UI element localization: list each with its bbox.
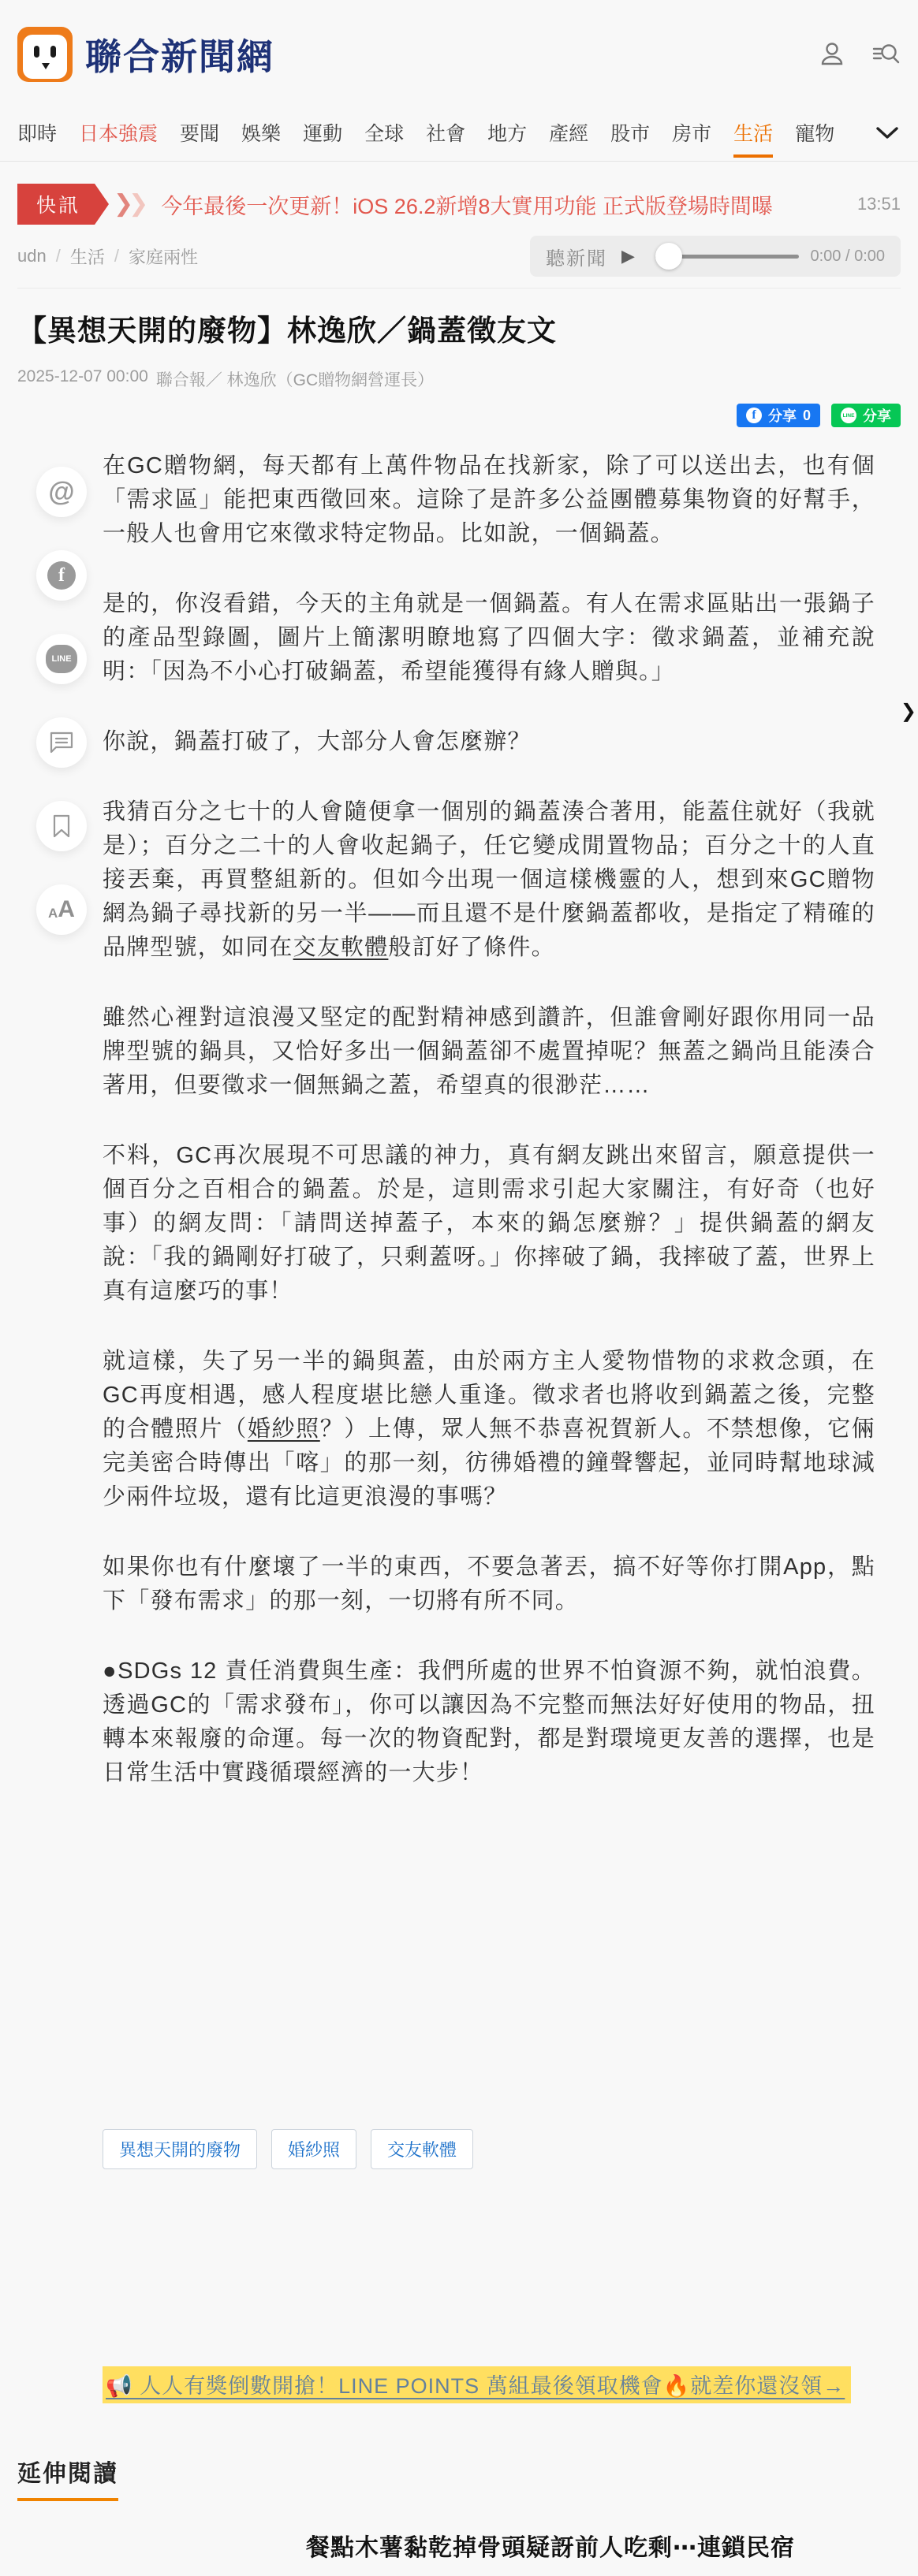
nav-item-entertainment[interactable]: 娛樂 <box>241 118 281 147</box>
page-title: 【異想天開的廢物】林逸欣／鍋蓋徵友文 <box>17 312 901 350</box>
facebook-icon: f <box>746 408 762 423</box>
author-source-link[interactable]: 聯合報／ 林逸欣（GC贈物網營運長） <box>156 367 434 391</box>
paragraph: 如果你也有什麼壞了一半的東西，不要急著丟，搞不好等你打開App，點下「發布需求」… <box>103 1550 875 1618</box>
publish-date: 2025-12-07 00:00 <box>17 367 148 391</box>
comments-button[interactable] <box>36 717 87 768</box>
facebook-icon: f <box>47 561 76 590</box>
page: 聯合新聞網 即時 日本強震 要聞 娛樂 運動 全球 社會 地 <box>0 0 918 2576</box>
paragraph-text: 如果你也有什麼壞了一半的東西，不要急著丟，搞不好等你打開App，點下「發布需求」… <box>103 1554 875 1614</box>
threads-icon: @ <box>48 477 74 508</box>
paragraph: 雖然心裡對這浪漫又堅定的配對精神感到讚許，但誰會剛好跟你用同一品牌型號的鍋具，又… <box>103 1001 875 1103</box>
account-icon[interactable] <box>817 39 847 69</box>
breadcrumb-separator: / <box>114 246 119 266</box>
paragraph: 你說，鍋蓋打破了，大部分人會怎麼辦？ <box>103 725 875 759</box>
audio-player: 聽新聞 ▶ 0:00 / 0:00 <box>530 236 901 277</box>
breadcrumb-family[interactable]: 家庭兩性 <box>129 244 198 269</box>
nav-item-stocks[interactable]: 股市 <box>610 118 650 147</box>
line-share-circle[interactable]: LINE <box>36 634 87 684</box>
dating-app-link[interactable]: 交友軟體 <box>293 935 389 960</box>
bookmark-icon <box>51 813 72 839</box>
facebook-share-circle[interactable]: f <box>36 550 87 601</box>
nav-item-japan-quake[interactable]: 日本強震 <box>79 118 158 147</box>
line-share-button[interactable]: LINE 分享 <box>831 404 901 427</box>
line-share-label: 分享 <box>863 405 891 426</box>
tag-dating-app[interactable]: 交友軟體 <box>371 2129 473 2169</box>
nav-item-instant[interactable]: 即時 <box>17 118 57 147</box>
chevron-down-icon[interactable] <box>874 123 901 142</box>
slider-knob[interactable] <box>655 243 682 270</box>
breadcrumb-udn[interactable]: udn <box>17 246 47 266</box>
paragraph-text: 般訂好了條件。 <box>388 935 554 960</box>
tag-whimsical-waste[interactable]: 異想天開的廢物 <box>103 2129 257 2169</box>
byline: 2025-12-07 00:00 聯合報／ 林逸欣（GC贈物網營運長） <box>17 367 901 391</box>
nav-item-housing[interactable]: 房市 <box>672 118 711 147</box>
nav-item-business[interactable]: 產經 <box>549 118 588 147</box>
tag-wedding-photo[interactable]: 婚紗照 <box>271 2129 356 2169</box>
facebook-share-count: 0 <box>803 408 811 424</box>
social-sidebar: @ f LINE AA <box>17 449 103 2403</box>
site-header: 聯合新聞網 <box>17 0 901 82</box>
nav-item-local[interactable]: 地方 <box>487 118 527 147</box>
listen-news-label: 聽新聞 <box>546 243 607 270</box>
nav-item-headlines[interactable]: 要聞 <box>180 118 219 147</box>
flash-time: 13:51 <box>857 194 901 214</box>
share-row: f 分享 0 LINE 分享 <box>17 404 901 427</box>
comments-icon <box>48 730 75 755</box>
play-icon[interactable]: ▶ <box>621 248 635 265</box>
paragraph: 在GC贈物網，每天都有上萬件物品在找新家，除了可以送出去，也有個「需求區」能把東… <box>103 449 875 551</box>
main-nav: 即時 日本強震 要聞 娛樂 運動 全球 社會 地方 產經 股市 房市 生活 寵物 <box>17 118 901 161</box>
paragraph-text: 不料，GC再次展現不可思議的神力，真有網友跳出來留言，願意提供一個百分之百相合的… <box>103 1143 875 1304</box>
main-nav-wrap: 即時 日本強震 要聞 娛樂 運動 全球 社會 地方 產經 股市 房市 生活 寵物 <box>0 118 918 162</box>
search-menu-icon[interactable] <box>871 39 901 69</box>
line-points-promo-link[interactable]: 📢 人人有獎倒數開搶！LINE POINTS 萬組最後領取機會🔥就差你還沒領→ <box>103 2366 851 2403</box>
nav-item-global[interactable]: 全球 <box>364 118 404 147</box>
related-heading: 延伸閱讀 <box>17 2454 118 2501</box>
font-size-button[interactable]: AA <box>36 884 87 935</box>
player-time: 0:00 / 0:00 <box>810 248 885 266</box>
paragraph-text: 是的，你沒看錯，今天的主角就是一個鍋蓋。有人在需求區貼出一張鍋子的產品型錄圖，圖… <box>103 591 875 684</box>
related-section: 延伸閱讀 餐點木薯黏乾掉骨頭疑訝前人吃剩⋯連鎖民宿 <box>17 2454 901 2563</box>
flash-news-bar: 快訊 ❯ ❯ 今年最後一次更新！iOS 26.2新增8大實用功能 正式版登場時間… <box>17 185 901 223</box>
facebook-share-label: 分享 <box>768 405 797 426</box>
breadcrumb-separator: / <box>56 246 61 266</box>
nav-item-life[interactable]: 生活 <box>733 118 773 158</box>
paragraph: ●SDGs 12 責任消費與生產：我們所處的世界不怕資源不夠，就怕浪費。透過GC… <box>103 1655 875 1790</box>
chevron-right-icon[interactable]: ❯ <box>901 700 916 723</box>
udn-logo[interactable]: 聯合新聞網 <box>17 27 274 82</box>
brand-name: 聯合新聞網 <box>85 28 274 80</box>
udn-logo-icon <box>17 27 73 82</box>
paragraph: 我猜百分之七十的人會隨便拿一個別的鍋蓋湊合著用，能蓋住就好（我就是）；百分之二十… <box>103 795 875 965</box>
paragraph-text: ●SDGs 12 責任消費與生產：我們所處的世界不怕資源不夠，就怕浪費。透過GC… <box>103 1658 875 1785</box>
font-size-icon: AA <box>48 898 75 921</box>
flash-badge: 快訊 <box>17 184 109 225</box>
line-icon: LINE <box>841 408 856 423</box>
breadcrumb-row: udn / 生活 / 家庭兩性 聽新聞 ▶ 0:00 / 0:00 <box>17 236 901 288</box>
breadcrumb: udn / 生活 / 家庭兩性 <box>17 244 198 269</box>
tag-list: 異想天開的廢物 婚紗照 交友軟體 <box>103 2129 875 2169</box>
flash-headline-link[interactable]: 今年最後一次更新！iOS 26.2新增8大實用功能 正式版登場時間曝 <box>161 189 846 220</box>
paragraph: 就這樣，失了另一半的鍋與蓋，由於兩方主人愛物惜物的求救念頭，在GC再度相遇，感人… <box>103 1345 875 1514</box>
nav-item-society[interactable]: 社會 <box>426 118 465 147</box>
line-icon: LINE <box>46 645 77 673</box>
threads-share-button[interactable]: @ <box>36 467 87 517</box>
nav-item-pets[interactable]: 寵物 <box>795 118 834 147</box>
paragraph-text: 你說，鍋蓋打破了，大部分人會怎麼辦？ <box>103 729 532 754</box>
article-body: 在GC贈物網，每天都有上萬件物品在找新家，除了可以送出去，也有個「需求區」能把東… <box>103 449 875 2403</box>
paragraph-text: 雖然心裡對這浪漫又堅定的配對精神感到讚許，但誰會剛好跟你用同一品牌型號的鍋具，又… <box>103 1005 875 1098</box>
facebook-share-button[interactable]: f 分享 0 <box>737 404 820 427</box>
wedding-photo-link[interactable]: 婚紗照 <box>248 1416 320 1442</box>
paragraph: 是的，你沒看錯，今天的主角就是一個鍋蓋。有人在需求區貼出一張鍋子的產品型錄圖，圖… <box>103 587 875 689</box>
nav-item-sports[interactable]: 運動 <box>303 118 342 147</box>
related-article-link[interactable]: 餐點木薯黏乾掉骨頭疑訝前人吃剩⋯連鎖民宿 <box>306 2528 901 2563</box>
bookmark-button[interactable] <box>36 801 87 851</box>
flash-chevron-icon: ❯ <box>129 192 148 216</box>
breadcrumb-life[interactable]: 生活 <box>70 244 105 269</box>
paragraph-text: 在GC贈物網，每天都有上萬件物品在找新家，除了可以送出去，也有個「需求區」能把東… <box>103 453 875 546</box>
paragraph: 不料，GC再次展現不可思議的神力，真有網友跳出來留言，願意提供一個百分之百相合的… <box>103 1139 875 1308</box>
